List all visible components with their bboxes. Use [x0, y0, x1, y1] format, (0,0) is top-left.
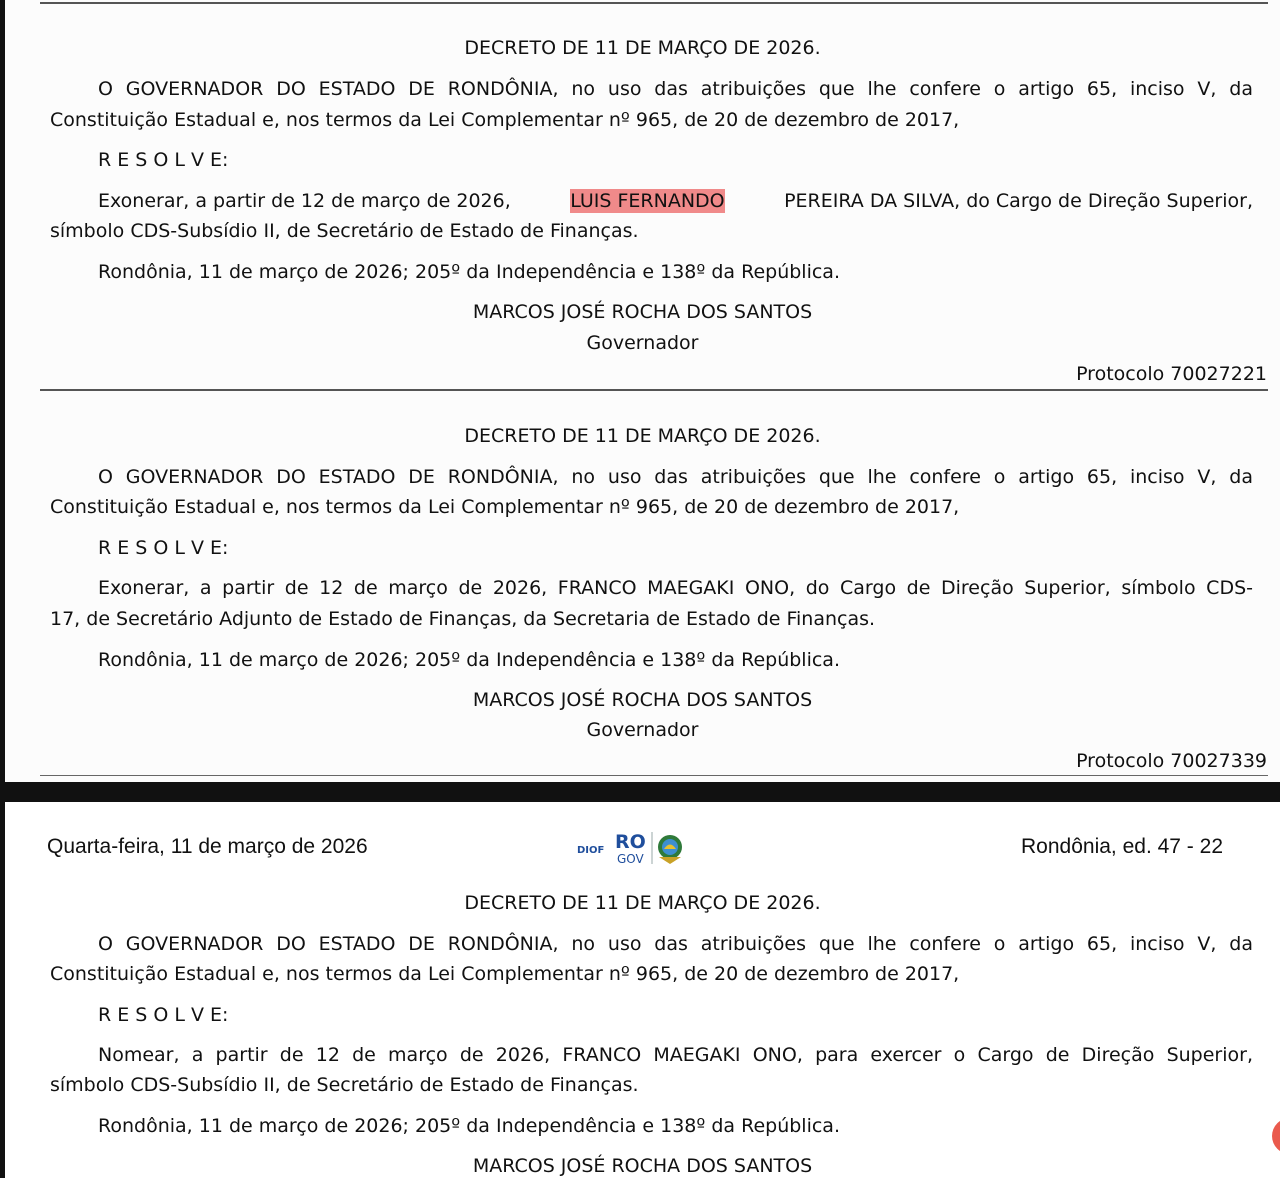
decree-body-cont: 17, de Secretário Adjunto de Estado de F… — [50, 607, 875, 631]
decree-resolve: R E S O L V E: — [98, 148, 228, 172]
decree-body: Exonerar, a partir de 12 de março de 202… — [98, 576, 1253, 600]
document-page-2: Quarta-feira, 11 de março de 2026 DIOF R… — [5, 802, 1280, 1178]
decree-preamble-cont: Constituição Estadual e, nos termos da L… — [50, 962, 959, 986]
signer-name: MARCOS JOSÉ ROCHA DOS SANTOS — [5, 300, 1280, 324]
header-date: Quarta-feira, 11 de março de 2026 — [47, 835, 368, 859]
document-page-1: DECRETO DE 11 DE MARÇO DE 2026. O GOVERN… — [5, 0, 1280, 782]
protocol-number: Protocolo 70027221 — [1076, 362, 1267, 386]
signer-role: Governador — [5, 718, 1280, 742]
logo-diof-text: DIOF — [577, 845, 604, 856]
decree-body-cont: símbolo CDS-Subsídio II, de Secretário d… — [50, 219, 639, 243]
decree-title: DECRETO DE 11 DE MARÇO DE 2026. — [5, 424, 1280, 448]
header-edition: Rondônia, ed. 47 - 22 — [1021, 835, 1223, 859]
decree-title: DECRETO DE 11 DE MARÇO DE 2026. — [5, 36, 1280, 60]
divider — [40, 2, 1268, 4]
divider — [40, 389, 1268, 391]
highlighted-name[interactable]: LUIS FERNANDO — [570, 189, 724, 213]
decree-body-text: Exonerar, a partir de 12 de março de 202… — [98, 189, 511, 213]
logo-ro-text: RO — [615, 831, 646, 853]
decree-preamble-cont: Constituição Estadual e, nos termos da L… — [50, 108, 959, 132]
signer-name: MARCOS JOSÉ ROCHA DOS SANTOS — [5, 1154, 1280, 1178]
decree-preamble-cont: Constituição Estadual e, nos termos da L… — [50, 495, 959, 519]
decree-body-text: PEREIRA DA SILVA, do Cargo de Direção Su… — [784, 189, 1253, 213]
decree-date-line: Rondônia, 11 de março de 2026; 205º da I… — [98, 260, 840, 284]
logo-gov-text: GOV — [617, 852, 645, 866]
decree-date-line: Rondônia, 11 de março de 2026; 205º da I… — [98, 648, 840, 672]
divider — [40, 775, 1268, 776]
decree-resolve: R E S O L V E: — [98, 1003, 228, 1027]
decree-preamble: O GOVERNADOR DO ESTADO DE RONDÔNIA, no u… — [98, 932, 1253, 956]
decree-body: Exonerar, a partir de 12 de março de 202… — [98, 189, 1253, 213]
signer-name: MARCOS JOSÉ ROCHA DOS SANTOS — [5, 688, 1280, 712]
decree-resolve: R E S O L V E: — [98, 536, 228, 560]
diof-logo: DIOF RO GOV — [575, 826, 691, 868]
protocol-number: Protocolo 70027339 — [1076, 749, 1267, 773]
decree-body-cont: símbolo CDS-Subsídio II, de Secretário d… — [50, 1073, 639, 1097]
decree-date-line: Rondônia, 11 de março de 2026; 205º da I… — [98, 1114, 840, 1138]
decree-preamble: O GOVERNADOR DO ESTADO DE RONDÔNIA, no u… — [98, 77, 1253, 101]
signer-role: Governador — [5, 331, 1280, 355]
decree-body: Nomear, a partir de 12 de março de 2026,… — [98, 1043, 1253, 1067]
decree-preamble: O GOVERNADOR DO ESTADO DE RONDÔNIA, no u… — [98, 465, 1253, 489]
decree-title: DECRETO DE 11 DE MARÇO DE 2026. — [5, 891, 1280, 915]
